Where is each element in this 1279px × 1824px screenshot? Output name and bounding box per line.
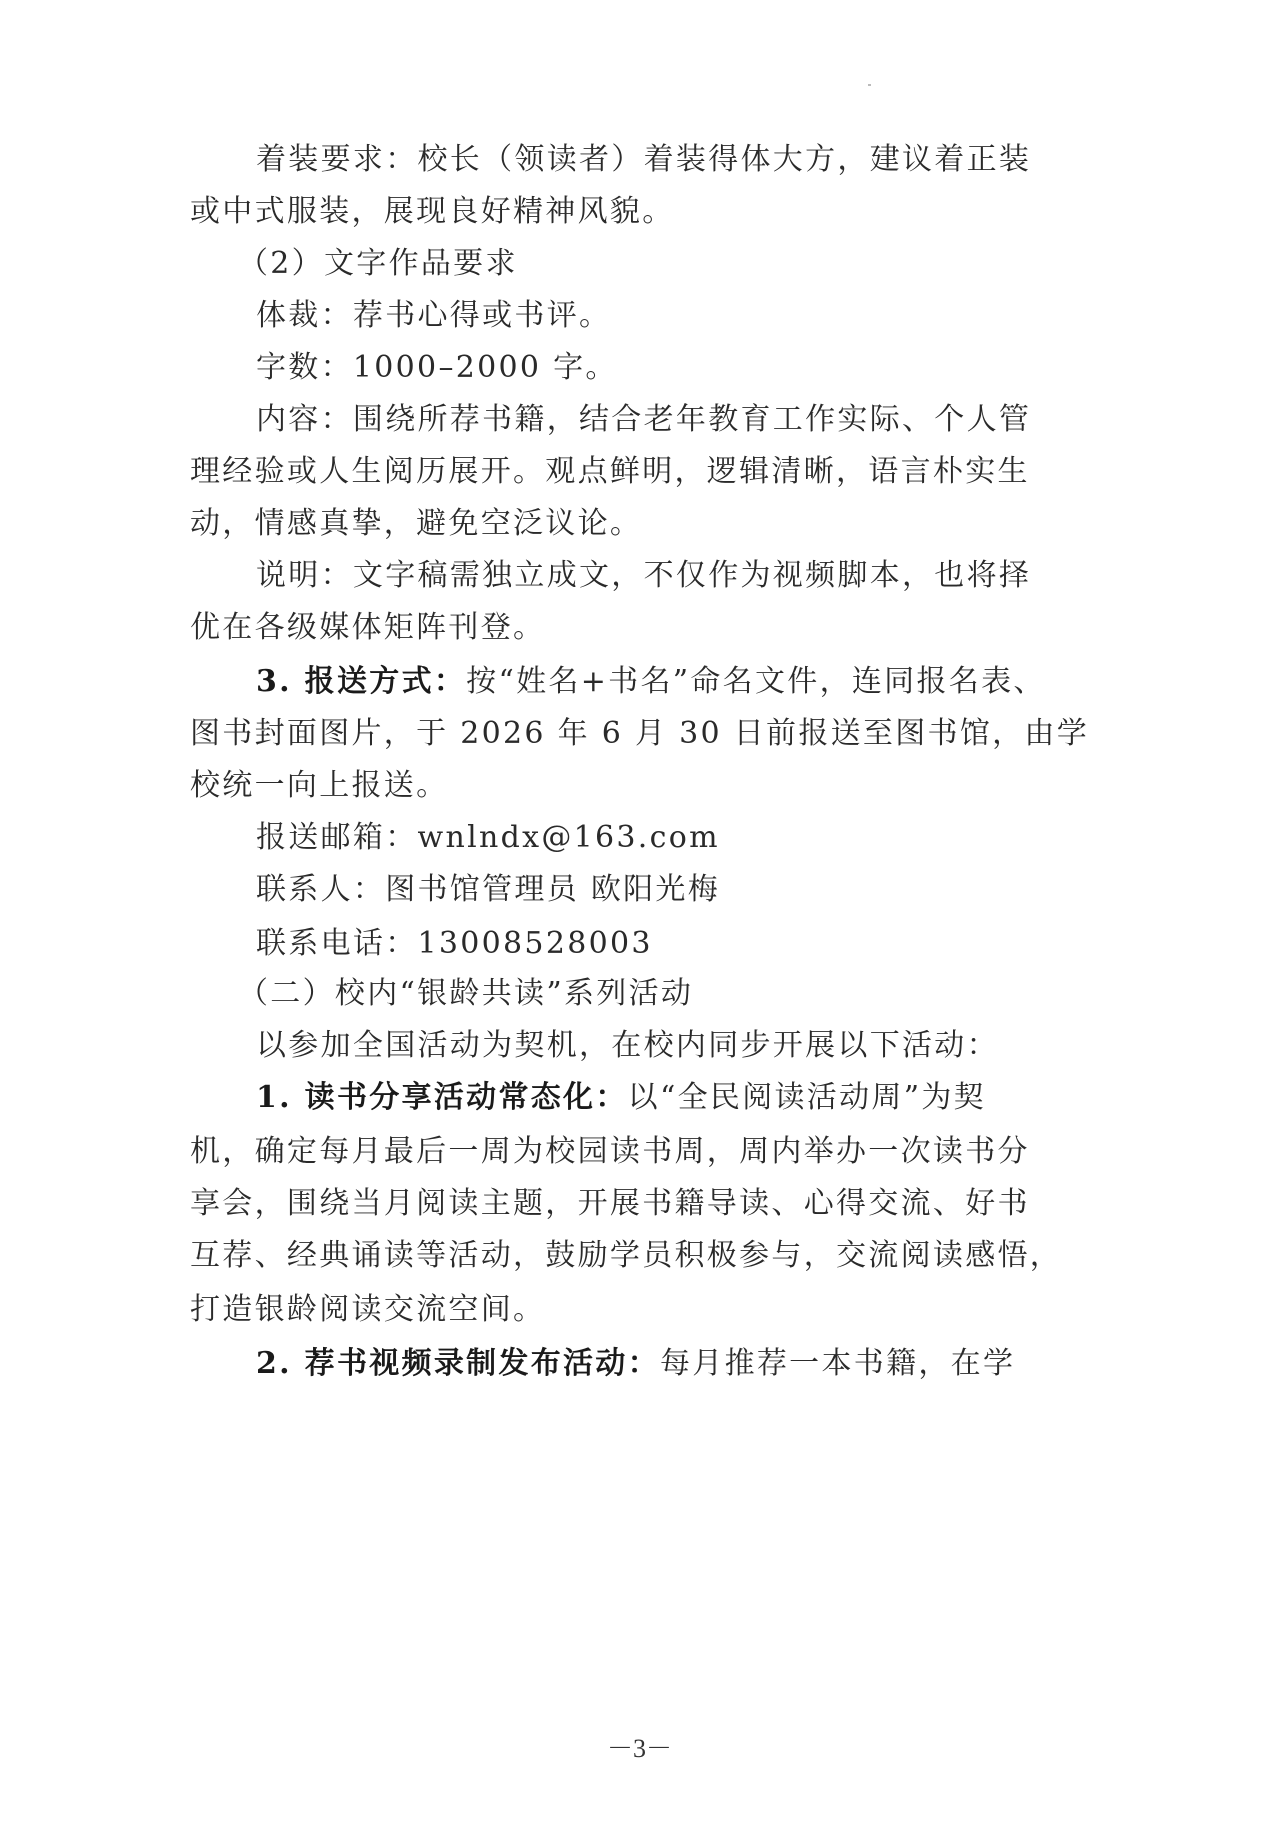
submission-method-text: 按“姓名+书名”命名文件，连同报名表、 [466,664,1046,699]
submission-method-heading: 3. 报送方式： [256,664,466,699]
reading-sharing-text: 以“全民阅读活动周”为契 [628,1080,986,1115]
note-line-2: 优在各级媒体矩阵刊登。 [190,608,545,670]
reading-sharing-line-4: 互荐、经典诵读等活动，鼓励学员积极参与，交流阅读感悟， [190,1236,1062,1298]
book-video-heading: 2. 荐书视频录制发布活动： [256,1346,660,1381]
book-video-line-1: 2. 荐书视频录制发布活动：每月推荐一本书籍，在学 [256,1344,1015,1406]
page-number: －3－ [0,1728,1279,1765]
reading-sharing-line-1: 1. 读书分享活动常态化：以“全民阅读活动周”为契 [256,1078,986,1140]
reading-sharing-heading: 1. 读书分享活动常态化： [256,1080,628,1115]
scan-speck [868,84,871,86]
contact-person-line: 联系人：图书馆管理员 欧阳光梅 [256,870,720,932]
book-video-text: 每月推荐一本书籍，在学 [660,1346,1015,1381]
reading-sharing-line-5: 打造银龄阅读交流空间。 [190,1290,545,1352]
